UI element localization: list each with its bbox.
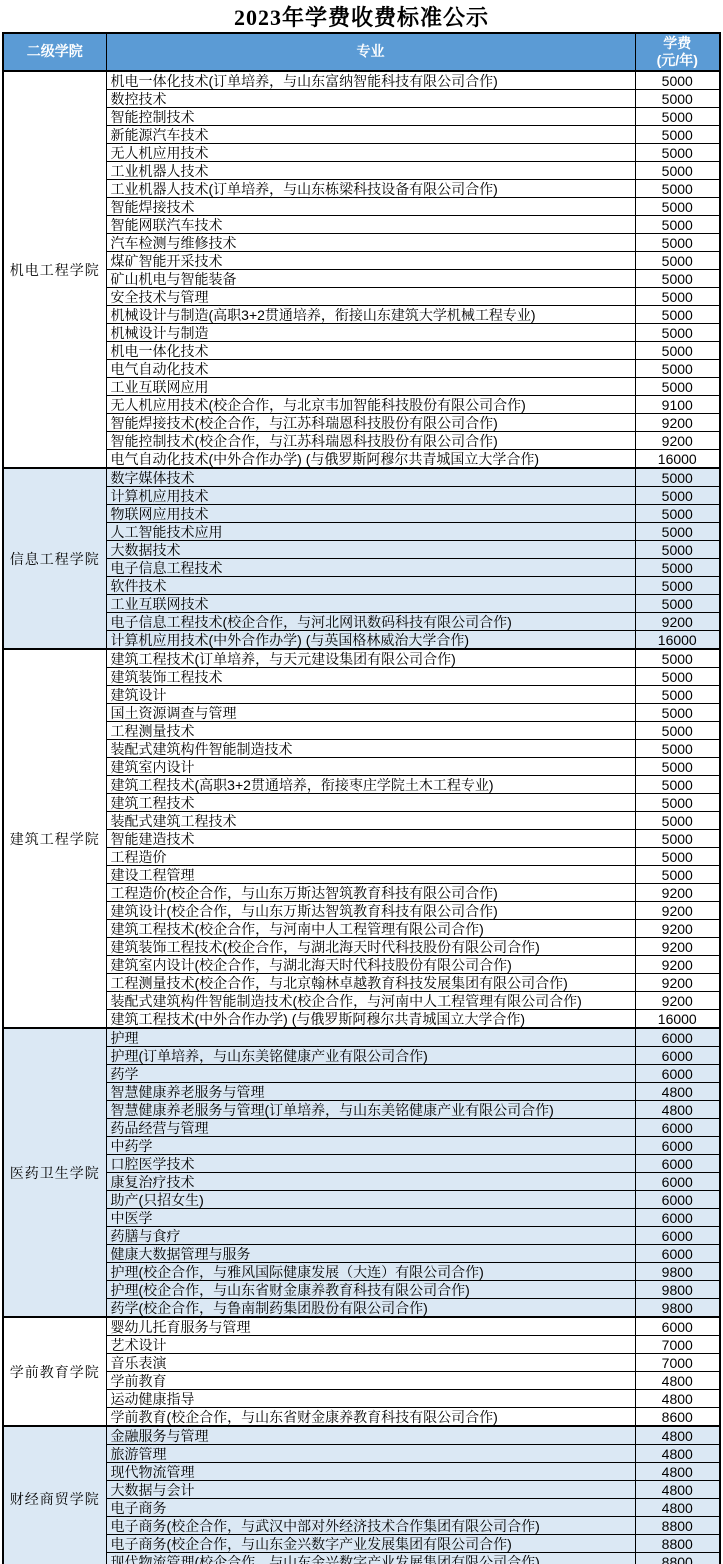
major-cell: 建筑工程技术 bbox=[106, 794, 635, 812]
fee-cell: 9200 bbox=[635, 902, 720, 920]
major-cell: 护理(校企合作，与山东省财金康养教育科技有限公司合作) bbox=[106, 1281, 635, 1299]
fee-cell: 6000 bbox=[635, 1209, 720, 1227]
major-cell: 智能控制技术 bbox=[106, 108, 635, 126]
table-row: 健康大数据管理与服务6000 bbox=[3, 1245, 720, 1263]
major-cell: 药学 bbox=[106, 1065, 635, 1083]
major-cell: 电子商务(校企合作，与武汉中部对外经济技术合作集团有限公司合作) bbox=[106, 1517, 635, 1535]
table-header-college: 二级学院 bbox=[3, 33, 106, 71]
fee-cell: 9200 bbox=[635, 613, 720, 631]
major-cell: 电子信息工程技术(校企合作，与河北网讯数码科技有限公司合作) bbox=[106, 613, 635, 631]
major-cell: 矿山机电与智能装备 bbox=[106, 270, 635, 288]
fee-cell: 9200 bbox=[635, 938, 720, 956]
major-cell: 运动健康指导 bbox=[106, 1390, 635, 1408]
table-row: 智能网联汽车技术5000 bbox=[3, 216, 720, 234]
fee-cell: 9100 bbox=[635, 396, 720, 414]
major-cell: 机械设计与制造(高职3+2贯通培养，衔接山东建筑大学机械工程专业) bbox=[106, 306, 635, 324]
major-cell: 机电一体化技术(订单培养，与山东富纳智能科技有限公司合作) bbox=[106, 71, 635, 90]
page-title: 2023年学费收费标准公示 bbox=[0, 1, 723, 32]
fee-cell: 4800 bbox=[635, 1426, 720, 1445]
major-cell: 健康大数据管理与服务 bbox=[106, 1245, 635, 1263]
major-cell: 护理(校企合作，与雅风国际健康发展（大连）有限公司合作) bbox=[106, 1263, 635, 1281]
table-row: 中医学6000 bbox=[3, 1209, 720, 1227]
table-row: 物联网应用技术5000 bbox=[3, 505, 720, 523]
fee-cell: 5000 bbox=[635, 812, 720, 830]
fee-cell: 5000 bbox=[635, 198, 720, 216]
table-row: 汽车检测与维修技术5000 bbox=[3, 234, 720, 252]
fee-cell: 8600 bbox=[635, 1408, 720, 1427]
major-cell: 智能控制技术(校企合作，与江苏科瑞恩科技股份有限公司合作) bbox=[106, 432, 635, 450]
fee-cell: 7000 bbox=[635, 1354, 720, 1372]
major-cell: 汽车检测与维修技术 bbox=[106, 234, 635, 252]
major-cell: 大数据技术 bbox=[106, 541, 635, 559]
major-cell: 机电一体化技术 bbox=[106, 342, 635, 360]
table-row: 安全技术与管理5000 bbox=[3, 288, 720, 306]
table-row: 艺术设计7000 bbox=[3, 1336, 720, 1354]
fee-cell: 6000 bbox=[635, 1028, 720, 1047]
table-row: 数控技术5000 bbox=[3, 90, 720, 108]
fee-cell: 9200 bbox=[635, 414, 720, 432]
fee-cell: 5000 bbox=[635, 487, 720, 505]
fee-cell: 16000 bbox=[635, 631, 720, 650]
major-cell: 煤矿智能开采技术 bbox=[106, 252, 635, 270]
fee-cell: 5000 bbox=[635, 541, 720, 559]
table-row: 智能焊接技术(校企合作，与江苏科瑞恩科技股份有限公司合作)9200 bbox=[3, 414, 720, 432]
table-row: 计算机应用技术(中外合作办学) (与英国格林威治大学合作)16000 bbox=[3, 631, 720, 650]
major-cell: 无人机应用技术 bbox=[106, 144, 635, 162]
table-row: 机电一体化技术5000 bbox=[3, 342, 720, 360]
fee-cell: 6000 bbox=[635, 1317, 720, 1336]
table-row: 智能控制技术5000 bbox=[3, 108, 720, 126]
fee-cell: 6000 bbox=[635, 1173, 720, 1191]
fee-cell: 8800 bbox=[635, 1553, 720, 1564]
fee-cell: 7000 bbox=[635, 1336, 720, 1354]
fee-cell: 6000 bbox=[635, 1191, 720, 1209]
page: 2023年学费收费标准公示 二级学院 专业 学费 (元/年) 机电工程学院机电一… bbox=[0, 0, 723, 1564]
major-cell: 安全技术与管理 bbox=[106, 288, 635, 306]
table-row: 电子信息工程技术(校企合作，与河北网讯数码科技有限公司合作)9200 bbox=[3, 613, 720, 631]
fee-cell: 5000 bbox=[635, 848, 720, 866]
fee-cell: 9200 bbox=[635, 974, 720, 992]
major-cell: 建筑装饰工程技术 bbox=[106, 668, 635, 686]
major-cell: 康复治疗技术 bbox=[106, 1173, 635, 1191]
fee-cell: 5000 bbox=[635, 216, 720, 234]
table-row: 康复治疗技术6000 bbox=[3, 1173, 720, 1191]
major-cell: 工业机器人技术(订单培养，与山东栋梁科技设备有限公司合作) bbox=[106, 180, 635, 198]
table-row: 建筑室内设计5000 bbox=[3, 758, 720, 776]
fee-cell: 8800 bbox=[635, 1535, 720, 1553]
major-cell: 工程造价(校企合作，与山东万斯达智筑教育科技有限公司合作) bbox=[106, 884, 635, 902]
fee-cell: 9800 bbox=[635, 1281, 720, 1299]
table-row: 音乐表演7000 bbox=[3, 1354, 720, 1372]
table-row: 智能控制技术(校企合作，与江苏科瑞恩科技股份有限公司合作)9200 bbox=[3, 432, 720, 450]
major-cell: 金融服务与管理 bbox=[106, 1426, 635, 1445]
table-row: 工程测量技术(校企合作，与北京翰林卓越教育科技发展集团有限公司合作)9200 bbox=[3, 974, 720, 992]
table-row: 机械设计与制造5000 bbox=[3, 324, 720, 342]
major-cell: 工程造价 bbox=[106, 848, 635, 866]
table-row: 学前教育(校企合作，与山东省财金康养教育科技有限公司合作)8600 bbox=[3, 1408, 720, 1427]
major-cell: 智慧健康养老服务与管理(订单培养，与山东美铭健康产业有限公司合作) bbox=[106, 1101, 635, 1119]
major-cell: 护理(订单培养，与山东美铭健康产业有限公司合作) bbox=[106, 1047, 635, 1065]
major-cell: 软件技术 bbox=[106, 577, 635, 595]
table-row: 无人机应用技术5000 bbox=[3, 144, 720, 162]
table-row: 口腔医学技术6000 bbox=[3, 1155, 720, 1173]
fee-cell: 5000 bbox=[635, 866, 720, 884]
major-cell: 计算机应用技术(中外合作办学) (与英国格林威治大学合作) bbox=[106, 631, 635, 650]
major-cell: 物联网应用技术 bbox=[106, 505, 635, 523]
major-cell: 助产(只招女生) bbox=[106, 1191, 635, 1209]
major-cell: 智能焊接技术 bbox=[106, 198, 635, 216]
table-row: 现代物流管理(校企合作，与山东金兴数字产业发展集团有限公司合作)8800 bbox=[3, 1553, 720, 1564]
fee-cell: 5000 bbox=[635, 144, 720, 162]
table-row: 建筑工程技术5000 bbox=[3, 794, 720, 812]
fee-cell: 5000 bbox=[635, 108, 720, 126]
table-row: 电子商务(校企合作，与武汉中部对外经济技术合作集团有限公司合作)8800 bbox=[3, 1517, 720, 1535]
major-cell: 建筑室内设计(校企合作，与湖北海天时代科技股份有限公司合作) bbox=[106, 956, 635, 974]
major-cell: 现代物流管理(校企合作，与山东金兴数字产业发展集团有限公司合作) bbox=[106, 1553, 635, 1564]
fee-cell: 6000 bbox=[635, 1227, 720, 1245]
table-header-fee: 学费 (元/年) bbox=[635, 33, 720, 71]
table-row: 护理(校企合作，与山东省财金康养教育科技有限公司合作)9800 bbox=[3, 1281, 720, 1299]
table-row: 建筑设计5000 bbox=[3, 686, 720, 704]
major-cell: 工业机器人技术 bbox=[106, 162, 635, 180]
fee-cell: 5000 bbox=[635, 595, 720, 613]
fee-cell: 8800 bbox=[635, 1517, 720, 1535]
major-cell: 建筑设计(校企合作，与山东万斯达智筑教育科技有限公司合作) bbox=[106, 902, 635, 920]
major-cell: 智慧健康养老服务与管理 bbox=[106, 1083, 635, 1101]
fee-cell: 9200 bbox=[635, 920, 720, 938]
major-cell: 音乐表演 bbox=[106, 1354, 635, 1372]
table-row: 电子信息工程技术5000 bbox=[3, 559, 720, 577]
table-row: 工程造价(校企合作，与山东万斯达智筑教育科技有限公司合作)9200 bbox=[3, 884, 720, 902]
table-row: 大数据技术5000 bbox=[3, 541, 720, 559]
fee-cell: 5000 bbox=[635, 830, 720, 848]
fee-cell: 5000 bbox=[635, 468, 720, 487]
major-cell: 口腔医学技术 bbox=[106, 1155, 635, 1173]
major-cell: 装配式建筑构件智能制造技术 bbox=[106, 740, 635, 758]
table-row: 建筑设计(校企合作，与山东万斯达智筑教育科技有限公司合作)9200 bbox=[3, 902, 720, 920]
table-row: 工程测量技术5000 bbox=[3, 722, 720, 740]
fee-cell: 5000 bbox=[635, 306, 720, 324]
table-row: 国土资源调查与管理5000 bbox=[3, 704, 720, 722]
major-cell: 护理 bbox=[106, 1028, 635, 1047]
table-row: 煤矿智能开采技术5000 bbox=[3, 252, 720, 270]
table-row: 矿山机电与智能装备5000 bbox=[3, 270, 720, 288]
major-cell: 电气自动化技术 bbox=[106, 360, 635, 378]
table-row: 软件技术5000 bbox=[3, 577, 720, 595]
table-row: 建设工程管理5000 bbox=[3, 866, 720, 884]
table-row: 学前教育学院婴幼儿托育服务与管理6000 bbox=[3, 1317, 720, 1336]
table-row: 工业互联网技术5000 bbox=[3, 595, 720, 613]
table-row: 无人机应用技术(校企合作，与北京韦加智能科技股份有限公司合作)9100 bbox=[3, 396, 720, 414]
fee-cell: 5000 bbox=[635, 704, 720, 722]
major-cell: 艺术设计 bbox=[106, 1336, 635, 1354]
fee-cell: 5000 bbox=[635, 234, 720, 252]
table-row: 建筑装饰工程技术5000 bbox=[3, 668, 720, 686]
fee-cell: 9200 bbox=[635, 992, 720, 1010]
fee-cell: 5000 bbox=[635, 776, 720, 794]
fee-cell: 5000 bbox=[635, 90, 720, 108]
college-cell: 机电工程学院 bbox=[3, 71, 106, 468]
fee-cell: 4800 bbox=[635, 1390, 720, 1408]
major-cell: 电子信息工程技术 bbox=[106, 559, 635, 577]
major-cell: 中药学 bbox=[106, 1137, 635, 1155]
table-row: 人工智能技术应用5000 bbox=[3, 523, 720, 541]
college-cell: 医药卫生学院 bbox=[3, 1028, 106, 1317]
table-row: 工业互联网应用5000 bbox=[3, 378, 720, 396]
major-cell: 新能源汽车技术 bbox=[106, 126, 635, 144]
table-row: 中药学6000 bbox=[3, 1137, 720, 1155]
major-cell: 药膳与食疗 bbox=[106, 1227, 635, 1245]
fee-cell: 4800 bbox=[635, 1499, 720, 1517]
fee-cell: 5000 bbox=[635, 324, 720, 342]
major-cell: 建筑工程技术(中外合作办学) (与俄罗斯阿穆尔共青城国立大学合作) bbox=[106, 1010, 635, 1029]
major-cell: 电气自动化技术(中外合作办学) (与俄罗斯阿穆尔共青城国立大学合作) bbox=[106, 450, 635, 469]
major-cell: 国土资源调查与管理 bbox=[106, 704, 635, 722]
table-row: 装配式建筑构件智能制造技术(校企合作，与河南中人工程管理有限公司合作)9200 bbox=[3, 992, 720, 1010]
major-cell: 装配式建筑构件智能制造技术(校企合作，与河南中人工程管理有限公司合作) bbox=[106, 992, 635, 1010]
fee-cell: 5000 bbox=[635, 577, 720, 595]
table-row: 护理(校企合作，与雅风国际健康发展（大连）有限公司合作)9800 bbox=[3, 1263, 720, 1281]
fee-cell: 5000 bbox=[635, 523, 720, 541]
table-row: 建筑工程技术(校企合作，与河南中人工程管理有限公司合作)9200 bbox=[3, 920, 720, 938]
major-cell: 电子商务 bbox=[106, 1499, 635, 1517]
fee-cell: 5000 bbox=[635, 378, 720, 396]
fee-cell: 4800 bbox=[635, 1372, 720, 1390]
major-cell: 建筑装饰工程技术(校企合作，与湖北海天时代科技股份有限公司合作) bbox=[106, 938, 635, 956]
table-row: 财经商贸学院金融服务与管理4800 bbox=[3, 1426, 720, 1445]
fee-cell: 4800 bbox=[635, 1445, 720, 1463]
table-row: 建筑工程技术(高职3+2贯通培养，衔接枣庄学院土木工程专业)5000 bbox=[3, 776, 720, 794]
table-row: 电子商务4800 bbox=[3, 1499, 720, 1517]
major-cell: 数控技术 bbox=[106, 90, 635, 108]
fee-cell: 5000 bbox=[635, 649, 720, 668]
table-row: 新能源汽车技术5000 bbox=[3, 126, 720, 144]
fee-cell: 5000 bbox=[635, 288, 720, 306]
fee-cell: 4800 bbox=[635, 1083, 720, 1101]
major-cell: 大数据与会计 bbox=[106, 1481, 635, 1499]
table-header-row: 二级学院 专业 学费 (元/年) bbox=[3, 33, 720, 71]
fee-cell: 5000 bbox=[635, 71, 720, 90]
table-row: 药品经营与管理6000 bbox=[3, 1119, 720, 1137]
table-row: 工业机器人技术5000 bbox=[3, 162, 720, 180]
major-cell: 现代物流管理 bbox=[106, 1463, 635, 1481]
table-row: 计算机应用技术5000 bbox=[3, 487, 720, 505]
fee-cell: 5000 bbox=[635, 342, 720, 360]
major-cell: 建筑设计 bbox=[106, 686, 635, 704]
table-row: 护理(订单培养，与山东美铭健康产业有限公司合作)6000 bbox=[3, 1047, 720, 1065]
major-cell: 智能网联汽车技术 bbox=[106, 216, 635, 234]
fee-cell: 9800 bbox=[635, 1299, 720, 1318]
major-cell: 无人机应用技术(校企合作，与北京韦加智能科技股份有限公司合作) bbox=[106, 396, 635, 414]
table-row: 药学(校企合作，与鲁南制药集团股份有限公司合作)9800 bbox=[3, 1299, 720, 1318]
major-cell: 人工智能技术应用 bbox=[106, 523, 635, 541]
fee-cell: 6000 bbox=[635, 1155, 720, 1173]
major-cell: 工业互联网应用 bbox=[106, 378, 635, 396]
fee-cell: 5000 bbox=[635, 360, 720, 378]
table-row: 机械设计与制造(高职3+2贯通培养，衔接山东建筑大学机械工程专业)5000 bbox=[3, 306, 720, 324]
major-cell: 建筑工程技术(高职3+2贯通培养，衔接枣庄学院土木工程专业) bbox=[106, 776, 635, 794]
fee-cell: 5000 bbox=[635, 559, 720, 577]
table-row: 智能建造技术5000 bbox=[3, 830, 720, 848]
fee-cell: 5000 bbox=[635, 252, 720, 270]
fee-cell: 6000 bbox=[635, 1119, 720, 1137]
table-row: 工业机器人技术(订单培养，与山东栋梁科技设备有限公司合作)5000 bbox=[3, 180, 720, 198]
major-cell: 工程测量技术 bbox=[106, 722, 635, 740]
fee-cell: 5000 bbox=[635, 270, 720, 288]
major-cell: 旅游管理 bbox=[106, 1445, 635, 1463]
major-cell: 学前教育 bbox=[106, 1372, 635, 1390]
table-row: 装配式建筑构件智能制造技术5000 bbox=[3, 740, 720, 758]
college-cell: 学前教育学院 bbox=[3, 1317, 106, 1426]
table-row: 学前教育4800 bbox=[3, 1372, 720, 1390]
major-cell: 药学(校企合作，与鲁南制药集团股份有限公司合作) bbox=[106, 1299, 635, 1318]
fee-cell: 5000 bbox=[635, 686, 720, 704]
college-cell: 建筑工程学院 bbox=[3, 649, 106, 1028]
fee-cell: 9200 bbox=[635, 432, 720, 450]
fee-cell: 5000 bbox=[635, 794, 720, 812]
major-cell: 建筑室内设计 bbox=[106, 758, 635, 776]
fee-cell: 16000 bbox=[635, 450, 720, 469]
table-row: 建筑工程技术(中外合作办学) (与俄罗斯阿穆尔共青城国立大学合作)16000 bbox=[3, 1010, 720, 1029]
fee-cell: 4800 bbox=[635, 1101, 720, 1119]
major-cell: 学前教育(校企合作，与山东省财金康养教育科技有限公司合作) bbox=[106, 1408, 635, 1427]
fee-cell: 4800 bbox=[635, 1463, 720, 1481]
fee-cell: 9200 bbox=[635, 884, 720, 902]
major-cell: 工业互联网技术 bbox=[106, 595, 635, 613]
major-cell: 机械设计与制造 bbox=[106, 324, 635, 342]
tuition-fee-table: 二级学院 专业 学费 (元/年) 机电工程学院机电一体化技术(订单培养，与山东富… bbox=[2, 32, 721, 1564]
table-row: 药膳与食疗6000 bbox=[3, 1227, 720, 1245]
fee-cell: 5000 bbox=[635, 505, 720, 523]
table-row: 助产(只招女生)6000 bbox=[3, 1191, 720, 1209]
fee-cell: 6000 bbox=[635, 1047, 720, 1065]
fee-cell: 9800 bbox=[635, 1263, 720, 1281]
table-row: 建筑装饰工程技术(校企合作，与湖北海天时代科技股份有限公司合作)9200 bbox=[3, 938, 720, 956]
fee-cell: 9200 bbox=[635, 956, 720, 974]
fee-cell: 5000 bbox=[635, 126, 720, 144]
table-row: 大数据与会计4800 bbox=[3, 1481, 720, 1499]
major-cell: 装配式建筑工程技术 bbox=[106, 812, 635, 830]
table-row: 电气自动化技术5000 bbox=[3, 360, 720, 378]
major-cell: 计算机应用技术 bbox=[106, 487, 635, 505]
fee-cell: 5000 bbox=[635, 162, 720, 180]
major-cell: 建筑工程技术(校企合作，与河南中人工程管理有限公司合作) bbox=[106, 920, 635, 938]
table-row: 运动健康指导4800 bbox=[3, 1390, 720, 1408]
major-cell: 工程测量技术(校企合作，与北京翰林卓越教育科技发展集团有限公司合作) bbox=[106, 974, 635, 992]
fee-cell: 5000 bbox=[635, 668, 720, 686]
table-row: 药学6000 bbox=[3, 1065, 720, 1083]
table-row: 机电工程学院机电一体化技术(订单培养，与山东富纳智能科技有限公司合作)5000 bbox=[3, 71, 720, 90]
table-row: 智慧健康养老服务与管理(订单培养，与山东美铭健康产业有限公司合作)4800 bbox=[3, 1101, 720, 1119]
table-row: 智能焊接技术5000 bbox=[3, 198, 720, 216]
fee-cell: 5000 bbox=[635, 180, 720, 198]
table-header-major: 专业 bbox=[106, 33, 635, 71]
fee-cell: 16000 bbox=[635, 1010, 720, 1029]
table-row: 建筑室内设计(校企合作，与湖北海天时代科技股份有限公司合作)9200 bbox=[3, 956, 720, 974]
fee-cell: 6000 bbox=[635, 1065, 720, 1083]
major-cell: 智能焊接技术(校企合作，与江苏科瑞恩科技股份有限公司合作) bbox=[106, 414, 635, 432]
fee-cell: 5000 bbox=[635, 758, 720, 776]
major-cell: 中医学 bbox=[106, 1209, 635, 1227]
college-cell: 财经商贸学院 bbox=[3, 1426, 106, 1564]
major-cell: 药品经营与管理 bbox=[106, 1119, 635, 1137]
table-row: 装配式建筑工程技术5000 bbox=[3, 812, 720, 830]
table-row: 建筑工程学院建筑工程技术(订单培养，与天元建设集团有限公司合作)5000 bbox=[3, 649, 720, 668]
table-row: 工程造价5000 bbox=[3, 848, 720, 866]
major-cell: 建设工程管理 bbox=[106, 866, 635, 884]
table-row: 旅游管理4800 bbox=[3, 1445, 720, 1463]
major-cell: 数字媒体技术 bbox=[106, 468, 635, 487]
college-cell: 信息工程学院 bbox=[3, 468, 106, 649]
fee-cell: 5000 bbox=[635, 740, 720, 758]
table-row: 现代物流管理4800 bbox=[3, 1463, 720, 1481]
major-cell: 建筑工程技术(订单培养，与天元建设集团有限公司合作) bbox=[106, 649, 635, 668]
fee-cell: 6000 bbox=[635, 1245, 720, 1263]
fee-cell: 5000 bbox=[635, 722, 720, 740]
fee-cell: 6000 bbox=[635, 1137, 720, 1155]
table-row: 医药卫生学院护理6000 bbox=[3, 1028, 720, 1047]
major-cell: 电子商务(校企合作，与山东金兴数字产业发展集团有限公司合作) bbox=[106, 1535, 635, 1553]
table-row: 电子商务(校企合作，与山东金兴数字产业发展集团有限公司合作)8800 bbox=[3, 1535, 720, 1553]
table-row: 信息工程学院数字媒体技术5000 bbox=[3, 468, 720, 487]
fee-cell: 4800 bbox=[635, 1481, 720, 1499]
table-row: 电气自动化技术(中外合作办学) (与俄罗斯阿穆尔共青城国立大学合作)16000 bbox=[3, 450, 720, 469]
major-cell: 智能建造技术 bbox=[106, 830, 635, 848]
table-row: 智慧健康养老服务与管理4800 bbox=[3, 1083, 720, 1101]
major-cell: 婴幼儿托育服务与管理 bbox=[106, 1317, 635, 1336]
